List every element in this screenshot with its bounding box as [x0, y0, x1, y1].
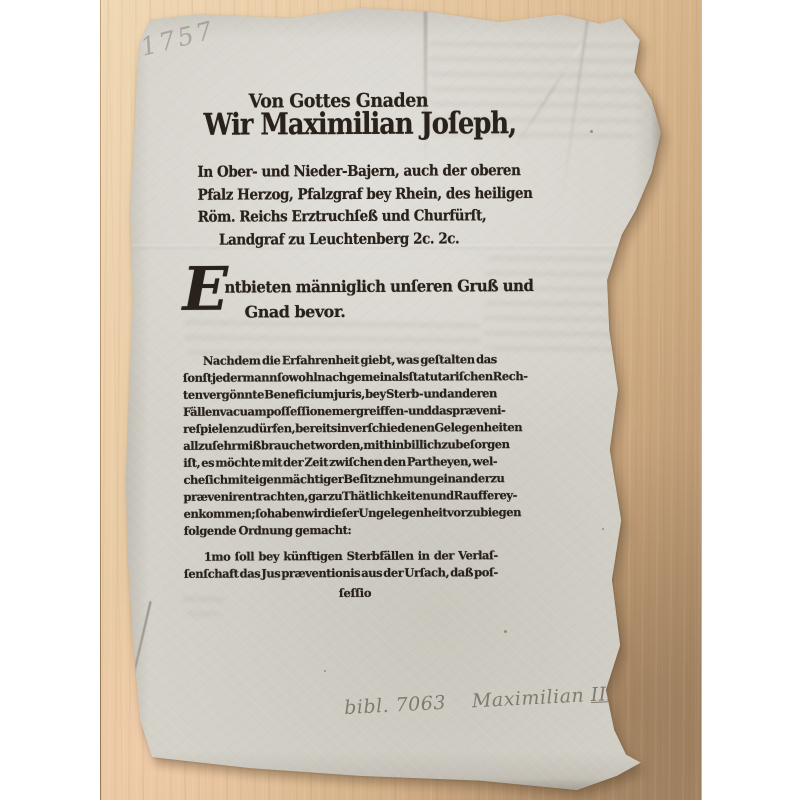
- foxing-speck: [590, 130, 593, 133]
- paper-bottom-edge-shading: [122, 778, 667, 790]
- body-line: tenvergönnteBeneficiumjuris,beySterb-und…: [183, 385, 497, 404]
- body-line: ſonſtjedermannſowohlnachgemeinalsſtatuta…: [183, 368, 497, 387]
- ruler-title-line: Röm. Reichs Erztruchſeß und Churfürſt,: [198, 204, 481, 228]
- ruler-title-line: Landgraf zu Leuchtenberg 2c. 2c.: [198, 227, 481, 251]
- body-line: reſpielenzudürfen,bereitsinverſchiedenen…: [183, 419, 497, 438]
- foxing-speck: [504, 630, 507, 633]
- foxing-speck: [602, 528, 604, 530]
- photo-canvas: Von Gottes Gnaden Wir Maximilian Joſeph,…: [0, 0, 800, 800]
- body-line: ſenſchaftdasJuspræventionisausderUrſach,…: [184, 564, 498, 583]
- printed-text-block: Von Gottes Gnaden Wir Maximilian Joſeph,…: [181, 7, 499, 791]
- body-line: 1moſollbeykünftigenSterbfälleninderVerla…: [184, 547, 498, 566]
- paper-document: Von Gottes Gnaden Wir Maximilian Joſeph,…: [122, 8, 667, 790]
- catchword: ſeſſio: [198, 585, 512, 601]
- ornate-initial: E: [182, 262, 228, 319]
- body-line: folgende Ordnung gemacht:: [184, 521, 498, 540]
- salutation-line2: Gnad bevor.: [244, 302, 345, 322]
- body-line: iſt,esmöchtemitderZeitzwiſchendenParthey…: [183, 453, 497, 472]
- body-line: prævenirentrachten,garzuThätlichkeitenun…: [183, 487, 497, 506]
- note-numeral: III: [590, 683, 615, 706]
- body-line: NachdemdieErfahrenheitgiebt,wasgeſtalten…: [183, 351, 497, 370]
- body-line: enkommen;ſohabenwirdieſerUngelegenheitvo…: [184, 504, 498, 523]
- ink-bleedthrough: [485, 254, 644, 352]
- body-line: cheſichmiteigenmächtigerBeſitznehmungein…: [183, 470, 497, 489]
- salutation-line1: ntbieten männiglich unſeren Gruß und: [224, 276, 533, 297]
- ruler-title-line: In Ober- und Nieder-Bajern, auch der obe…: [197, 159, 480, 183]
- salutation: E ntbieten männiglich unſeren Gruß und G…: [182, 260, 496, 346]
- ruler-title-line: Pfalz Herzog, Pfalzgraf bey Rhein, des h…: [198, 182, 481, 206]
- body-line: allzuſehrmißbrauchetworden,mithinbillich…: [183, 436, 497, 455]
- body-paragraph-2: 1moſollbeykünftigenSterbfälleninderVerla…: [184, 547, 498, 583]
- ruler-titles: In Ober- und Nieder-Bajern, auch der obe…: [197, 159, 480, 250]
- body-paragraph-1: NachdemdieErfahrenheitgiebt,wasgeſtalten…: [183, 351, 498, 540]
- paper-torn-right-edge: [651, 8, 667, 790]
- document-title: Wir Maximilian Joſeph,: [203, 106, 473, 142]
- paper-shadow: Von Gottes Gnaden Wir Maximilian Joſeph,…: [122, 8, 667, 790]
- body-line: Fällenvacuampoſſeſſionemergreiffen-undda…: [183, 402, 497, 421]
